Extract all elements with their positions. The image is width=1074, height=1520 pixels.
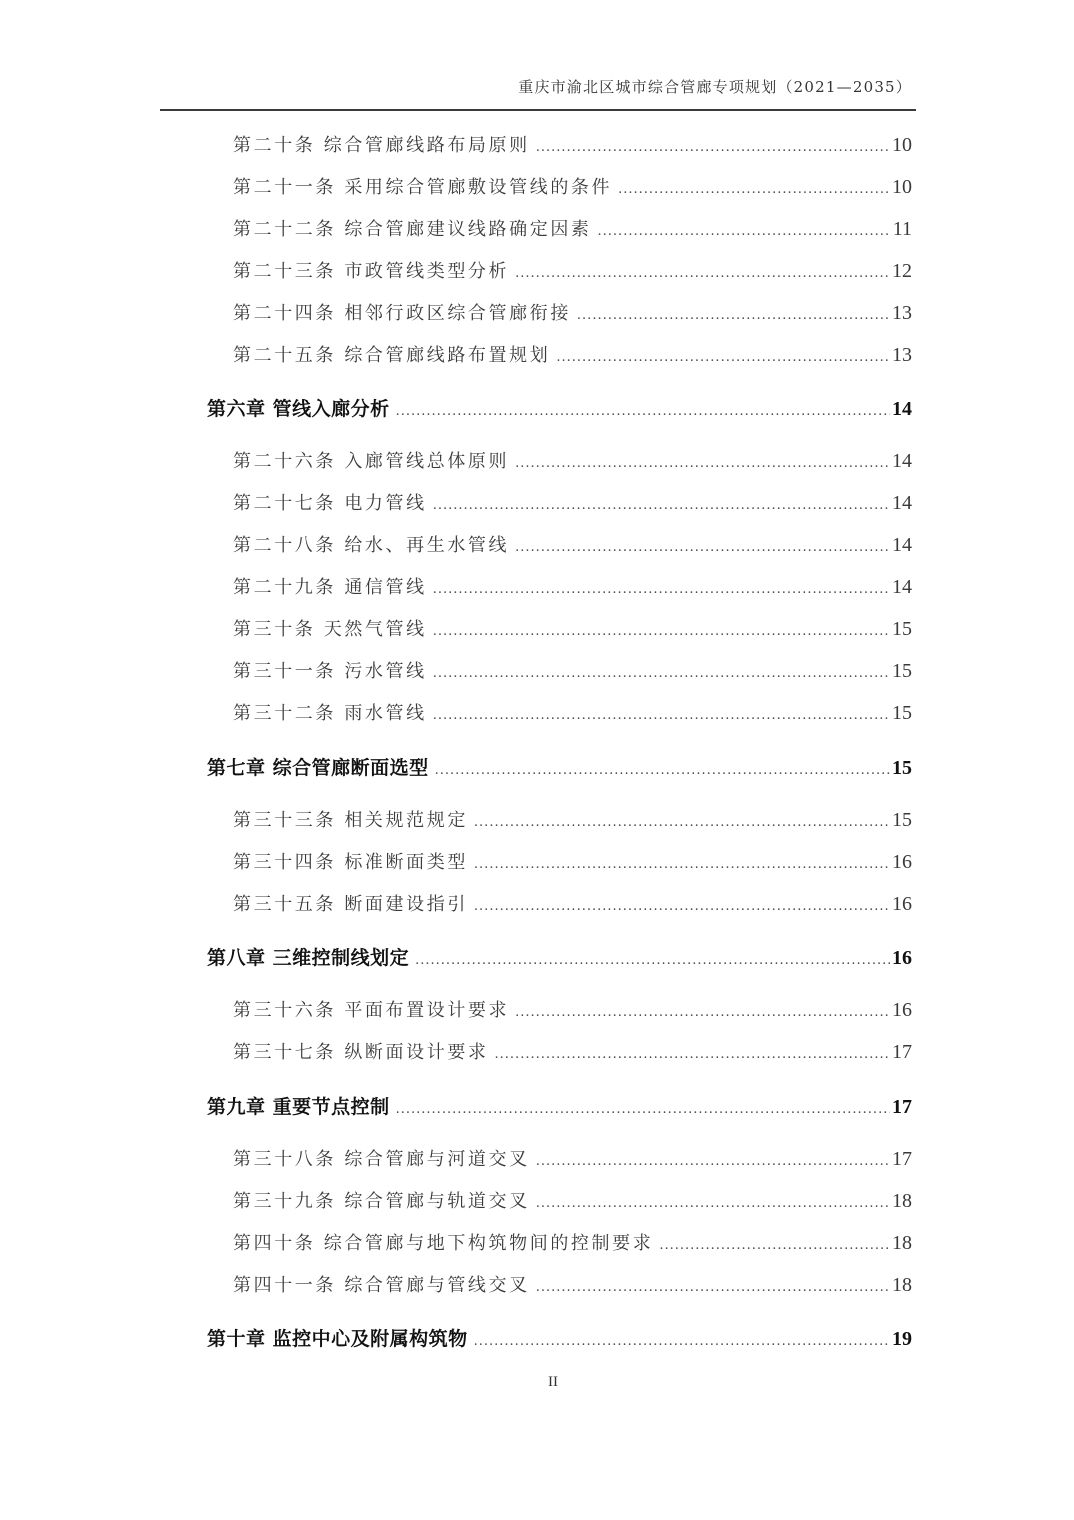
toc-article-entry[interactable]: 第二十五条 综合管廊线路布置规划13 (233, 341, 912, 367)
dot-leader (474, 894, 890, 915)
toc-entry-title: 第三十条 天然气管线 (233, 615, 427, 641)
toc-entry-title: 第二十九条 通信管线 (233, 573, 427, 599)
toc-article-entry[interactable]: 第二十八条 给水、再生水管线14 (233, 531, 912, 557)
toc-article-entry[interactable]: 第三十五条 断面建设指引16 (233, 890, 912, 916)
toc-page-number: 13 (892, 344, 912, 367)
toc-page-number: 13 (892, 302, 912, 325)
dot-leader (396, 1096, 890, 1118)
toc-article-entry[interactable]: 第三十二条 雨水管线15 (233, 699, 912, 725)
toc-page-number: 15 (892, 809, 912, 832)
toc-entry-title: 第三十九条 综合管廊与轨道交叉 (233, 1187, 530, 1213)
toc-entry-title: 第三十七条 纵断面设计要求 (233, 1038, 489, 1064)
toc-entry-title: 第二十四条 相邻行政区综合管廊衔接 (233, 299, 571, 325)
toc-article-entry[interactable]: 第二十六条 入廊管线总体原则14 (233, 447, 912, 473)
dot-leader (433, 661, 890, 682)
toc-entry-title: 第二十五条 综合管廊线路布置规划 (233, 341, 550, 367)
dot-leader (433, 493, 890, 514)
toc-article-entry[interactable]: 第三十九条 综合管廊与轨道交叉18 (233, 1187, 912, 1213)
toc-entry-title: 第四十一条 综合管廊与管线交叉 (233, 1271, 530, 1297)
dot-leader (536, 1275, 890, 1296)
dot-leader (415, 947, 890, 969)
dot-leader (515, 451, 890, 472)
dot-leader (556, 345, 890, 366)
toc-page-number: 17 (892, 1148, 912, 1171)
dot-leader (659, 1233, 890, 1254)
toc-page-number: 16 (892, 999, 912, 1022)
toc-entry-title: 第三十八条 综合管廊与河道交叉 (233, 1145, 530, 1171)
toc-entry-title: 第三十二条 雨水管线 (233, 699, 427, 725)
toc-entry-title: 第二十一条 采用综合管廊敷设管线的条件 (233, 173, 612, 199)
dot-leader (515, 261, 890, 282)
toc-entry-title: 第二十八条 给水、再生水管线 (233, 531, 509, 557)
toc-article-entry[interactable]: 第三十四条 标准断面类型16 (233, 848, 912, 874)
document-title: 重庆市渝北区城市综合管廊专项规划（2021—2035） (518, 76, 912, 97)
toc-article-entry[interactable]: 第四十条 综合管廊与地下构筑物间的控制要求18 (233, 1229, 912, 1255)
dot-leader (474, 1328, 890, 1350)
toc-page-number: 14 (892, 492, 912, 515)
dot-leader (433, 619, 890, 640)
toc-page-number: 16 (892, 851, 912, 874)
toc-entry-title: 第二十二条 综合管廊建议线路确定因素 (233, 215, 592, 241)
toc-entry-title: 第三十三条 相关规范规定 (233, 806, 468, 832)
page-number: II (0, 1374, 1074, 1391)
toc-article-entry[interactable]: 第三十三条 相关规范规定15 (233, 806, 912, 832)
toc-entry-title: 第六章 管线入廊分析 (207, 394, 390, 421)
toc-chapter-entry[interactable]: 第九章 重要节点控制17 (207, 1092, 912, 1119)
toc-entry-title: 第八章 三维控制线划定 (207, 943, 409, 970)
dot-leader (536, 135, 890, 156)
dot-leader (598, 219, 891, 240)
toc-article-entry[interactable]: 第三十一条 污水管线15 (233, 657, 912, 683)
dot-leader (515, 535, 890, 556)
toc-page-number: 15 (892, 660, 912, 683)
toc-page-number: 15 (892, 618, 912, 641)
dot-leader (433, 703, 890, 724)
toc-page-number: 16 (892, 893, 912, 916)
toc-entry-title: 第三十四条 标准断面类型 (233, 848, 468, 874)
toc-entry-title: 第十章 监控中心及附属构筑物 (207, 1324, 468, 1351)
toc-chapter-entry[interactable]: 第六章 管线入廊分析14 (207, 394, 912, 421)
toc-entry-title: 第九章 重要节点控制 (207, 1092, 390, 1119)
toc-entry-title: 第七章 综合管廊断面选型 (207, 753, 429, 780)
dot-leader (536, 1191, 890, 1212)
toc-entry-title: 第二十三条 市政管线类型分析 (233, 257, 509, 283)
dot-leader (396, 398, 890, 420)
toc-page-number: 17 (892, 1041, 912, 1064)
dot-leader (433, 577, 890, 598)
toc-page-number: 14 (892, 534, 912, 557)
toc-article-entry[interactable]: 第三十六条 平面布置设计要求16 (233, 996, 912, 1022)
toc-page-number: 10 (892, 176, 912, 199)
toc-entry-title: 第三十六条 平面布置设计要求 (233, 996, 509, 1022)
toc-article-entry[interactable]: 第三十七条 纵断面设计要求17 (233, 1038, 912, 1064)
toc-page-number: 12 (892, 260, 912, 283)
toc-page-number: 14 (892, 398, 912, 421)
dot-leader (435, 757, 890, 779)
toc-page-number: 14 (892, 450, 912, 473)
toc-entry-title: 第四十条 综合管廊与地下构筑物间的控制要求 (233, 1229, 653, 1255)
toc-article-entry[interactable]: 第二十九条 通信管线14 (233, 573, 912, 599)
toc-entry-title: 第三十一条 污水管线 (233, 657, 427, 683)
toc-page-number: 18 (892, 1190, 912, 1213)
toc-page-number: 17 (892, 1096, 912, 1119)
toc-entry-title: 第二十条 综合管廊线路布局原则 (233, 131, 530, 157)
toc-article-entry[interactable]: 第二十条 综合管廊线路布局原则10 (233, 131, 912, 157)
toc-page-number: 14 (892, 576, 912, 599)
toc-page-number: 10 (892, 134, 912, 157)
toc-page-number: 18 (892, 1232, 912, 1255)
dot-leader (515, 1000, 890, 1021)
toc-page-number: 15 (892, 757, 912, 780)
toc-article-entry[interactable]: 第二十一条 采用综合管廊敷设管线的条件10 (233, 173, 912, 199)
toc-page-number: 19 (892, 1328, 912, 1351)
dot-leader (474, 810, 890, 831)
toc-page-number: 16 (892, 947, 912, 970)
toc-chapter-entry[interactable]: 第十章 监控中心及附属构筑物19 (207, 1324, 912, 1351)
toc-article-entry[interactable]: 第三十条 天然气管线15 (233, 615, 912, 641)
dot-leader (577, 303, 890, 324)
toc-chapter-entry[interactable]: 第七章 综合管廊断面选型15 (207, 753, 912, 780)
toc-article-entry[interactable]: 第四十一条 综合管廊与管线交叉18 (233, 1271, 912, 1297)
toc-page-number: 15 (892, 702, 912, 725)
toc-article-entry[interactable]: 第二十二条 综合管廊建议线路确定因素11 (233, 215, 912, 241)
toc-page-number: 18 (892, 1274, 912, 1297)
dot-leader (536, 1149, 890, 1170)
toc-article-entry[interactable]: 第二十四条 相邻行政区综合管廊衔接13 (233, 299, 912, 325)
toc-entry-title: 第二十六条 入廊管线总体原则 (233, 447, 509, 473)
toc-chapter-entry[interactable]: 第八章 三维控制线划定16 (207, 943, 912, 970)
header-divider (160, 109, 916, 111)
toc-article-entry[interactable]: 第二十三条 市政管线类型分析12 (233, 257, 912, 283)
dot-leader (495, 1042, 890, 1063)
dot-leader (618, 177, 890, 198)
toc-article-entry[interactable]: 第二十七条 电力管线14 (233, 489, 912, 515)
toc-page-number: 11 (893, 218, 912, 241)
dot-leader (474, 852, 890, 873)
toc-entry-title: 第二十七条 电力管线 (233, 489, 427, 515)
toc-entry-title: 第三十五条 断面建设指引 (233, 890, 468, 916)
toc-article-entry[interactable]: 第三十八条 综合管廊与河道交叉17 (233, 1145, 912, 1171)
